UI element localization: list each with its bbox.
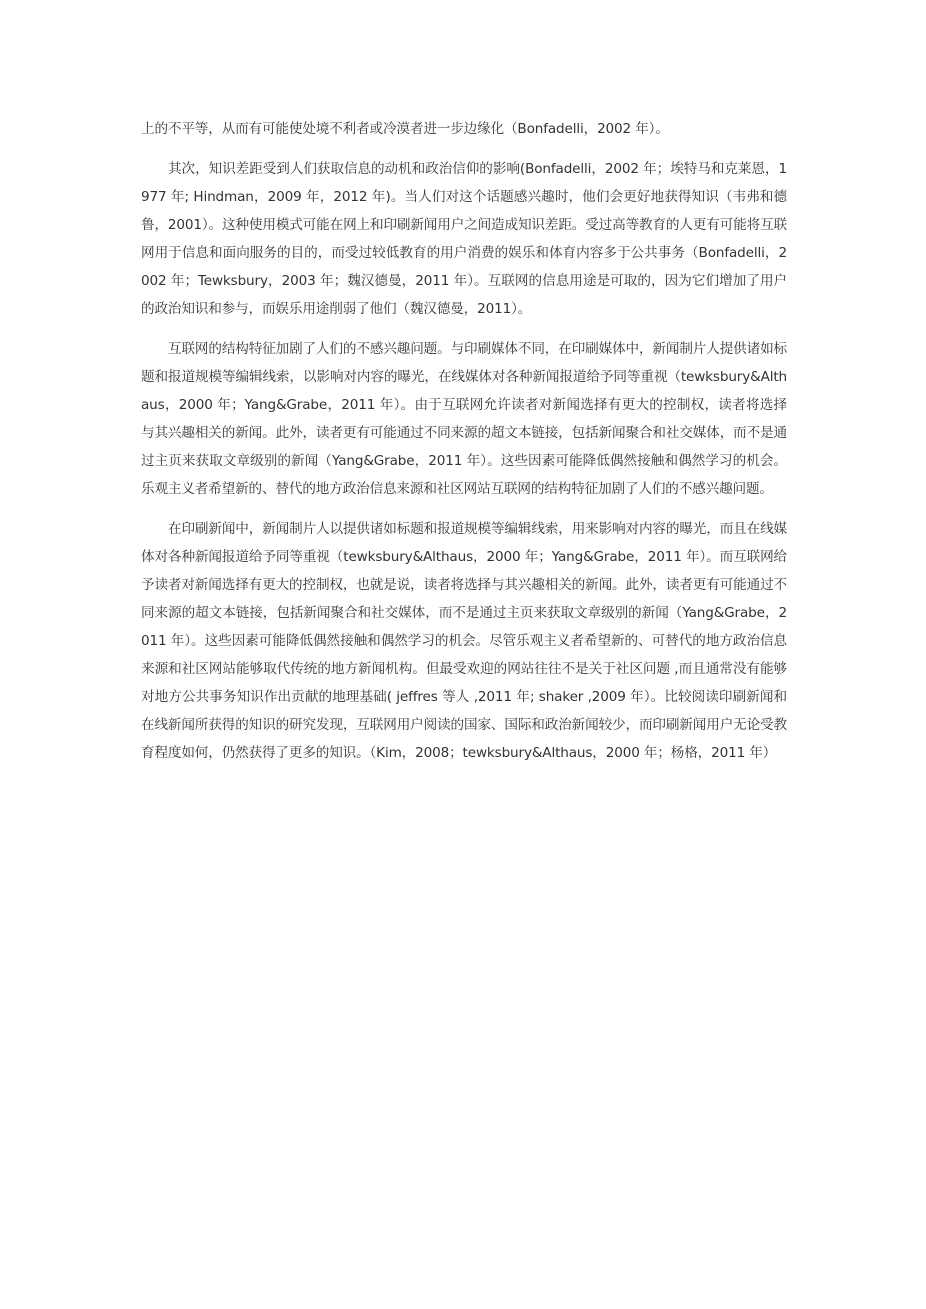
- paragraph-internet-structure: 互联网的结构特征加剧了人们的不感兴趣问题。与印刷媒体不同，在印刷媒体中，新闻制片…: [141, 335, 787, 503]
- paragraph-continuation: 上的不平等，从而有可能使处境不利者或冷漠者进一步边缘化（Bonfadelli，2…: [141, 115, 787, 143]
- paragraph-print-vs-online-news: 在印刷新闻中，新闻制片人以提供诸如标题和报道规模等编辑线索，用来影响对内容的曝光…: [141, 515, 787, 767]
- document-page: 上的不平等，从而有可能使处境不利者或冷漠者进一步边缘化（Bonfadelli，2…: [141, 115, 787, 779]
- paragraph-motivation-knowledge-gap: 其次，知识差距受到人们获取信息的动机和政治信仰的影响(Bonfadelli，20…: [141, 155, 787, 323]
